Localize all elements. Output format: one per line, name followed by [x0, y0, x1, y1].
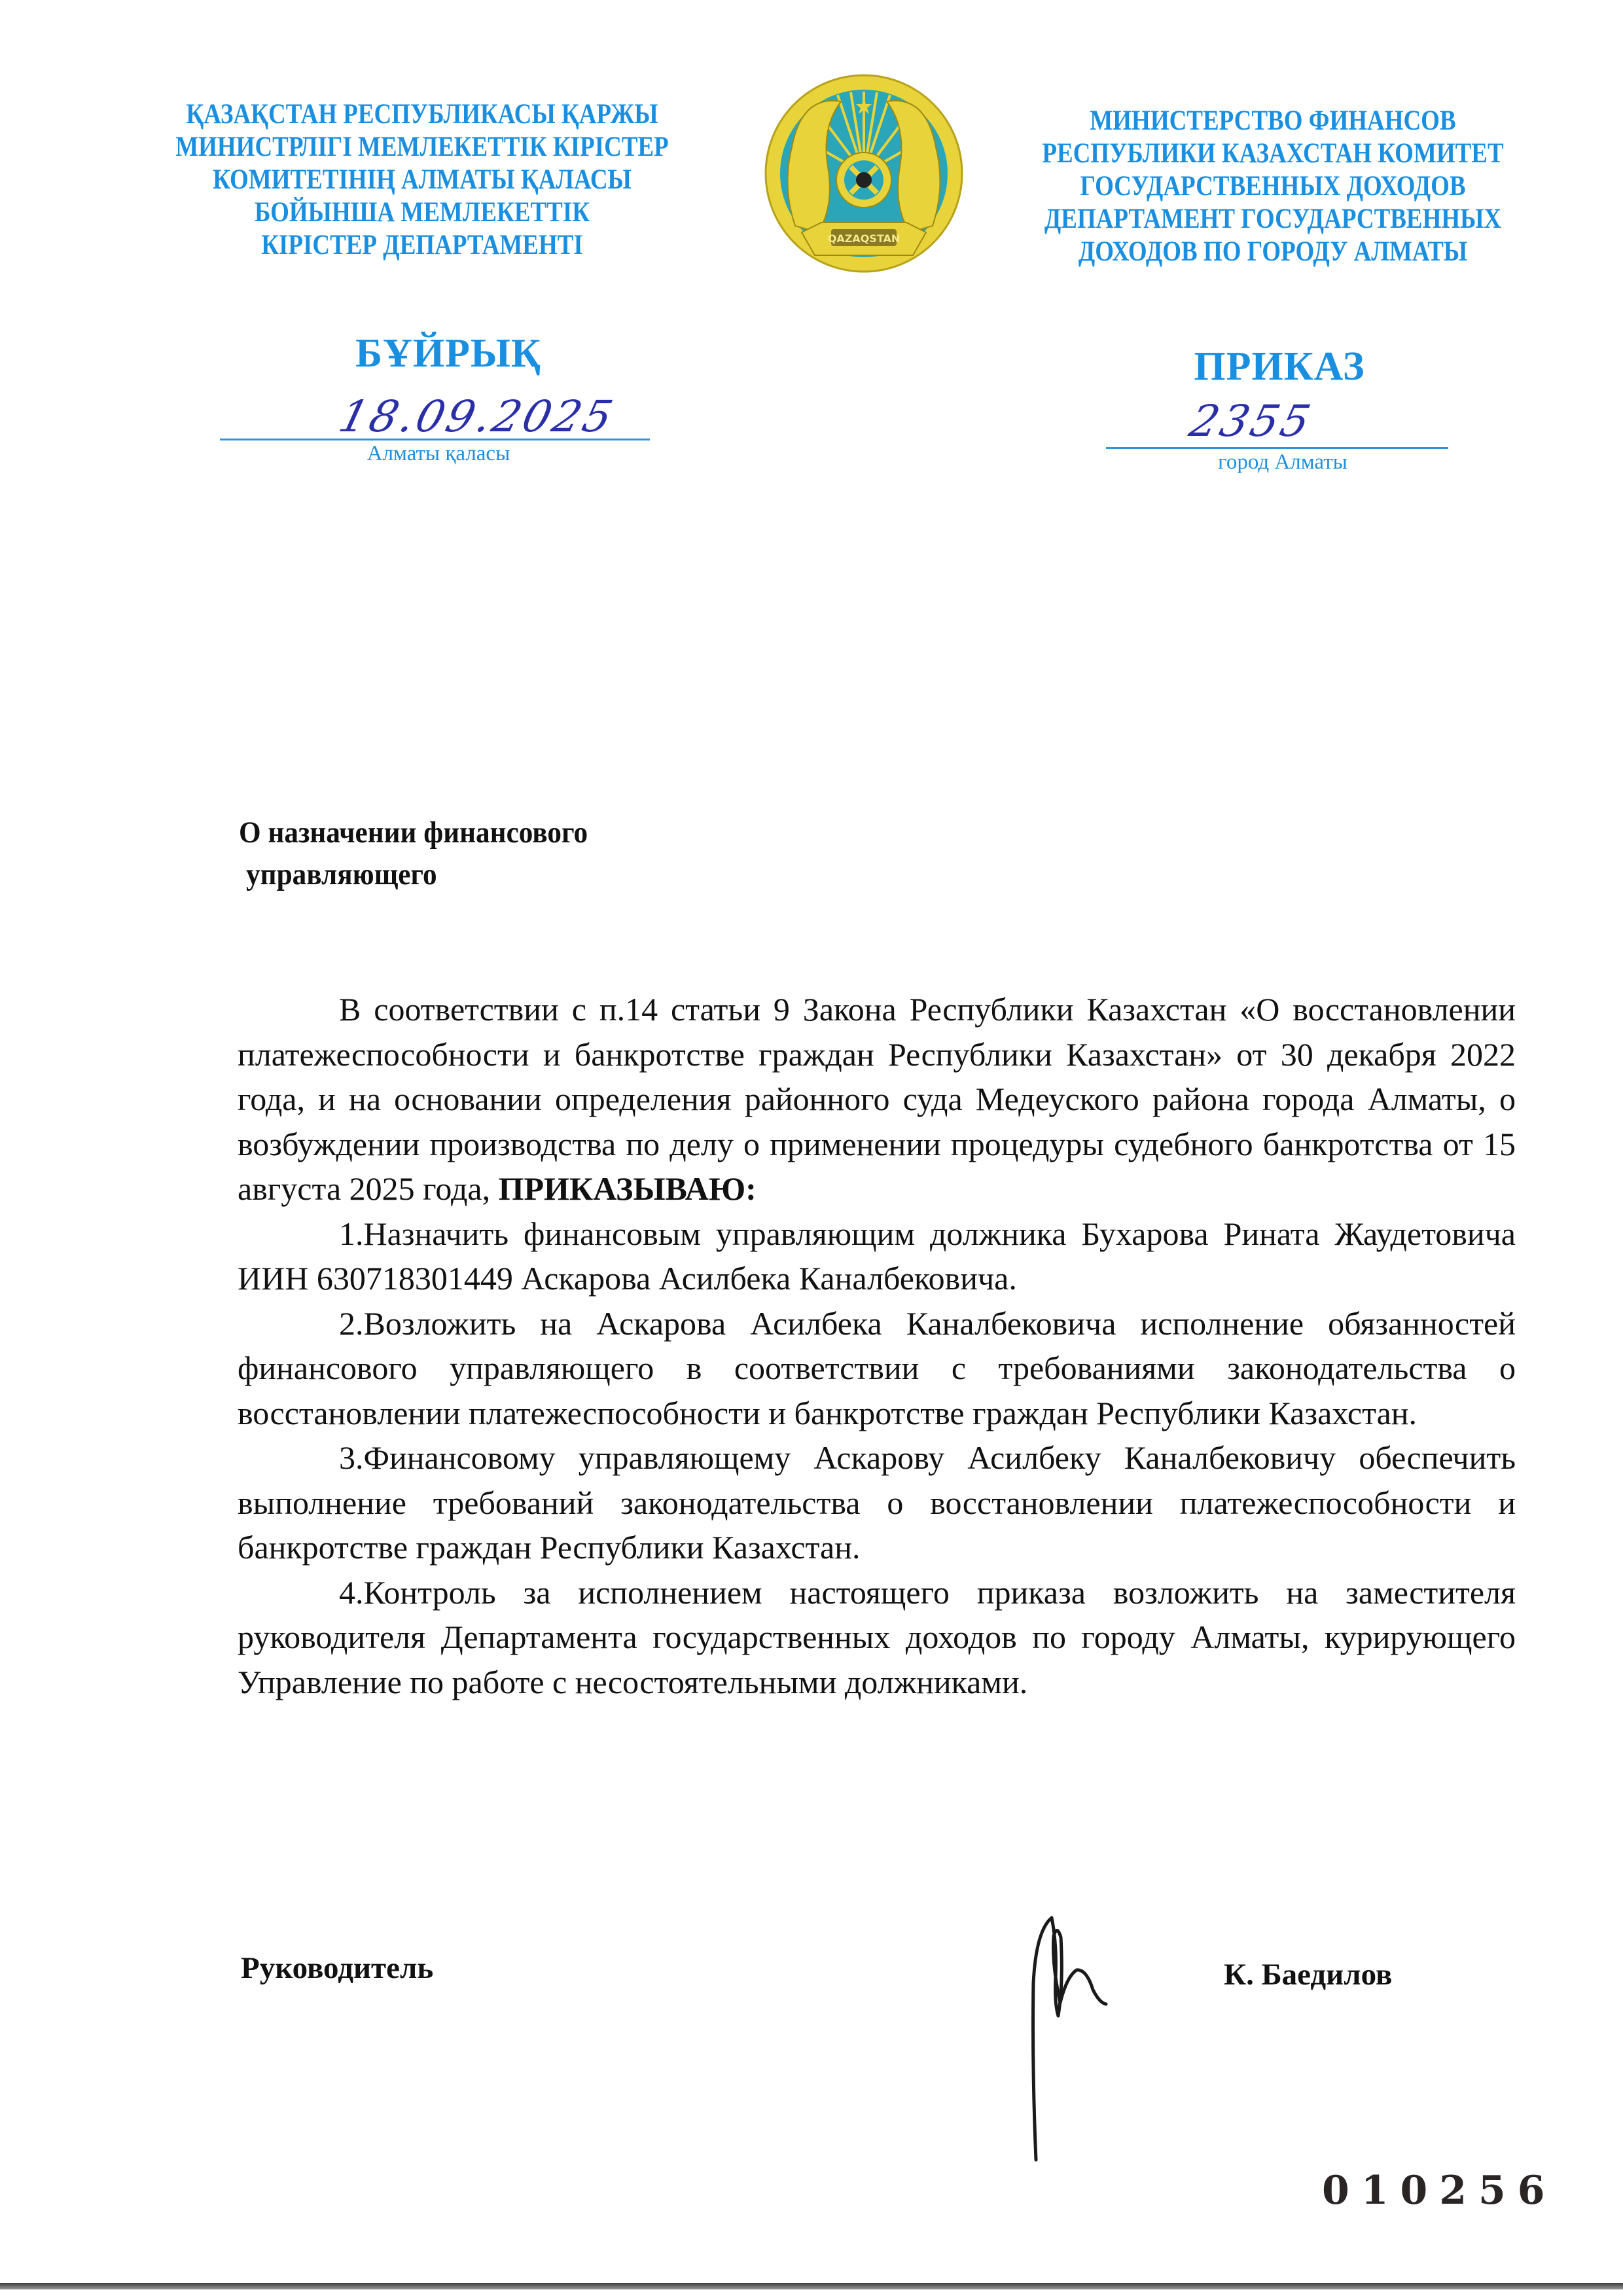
order-item: 2.Возложить на Аскарова Асилбека Каналбе… [238, 1301, 1516, 1436]
org-ru-line: ГОСУДАРСТВЕННЫХ ДОХОДОВ [1006, 170, 1541, 203]
handwritten-date: 18.09.2025 [334, 391, 620, 442]
org-kz-line: КОМИТЕТІНІҢ АЛМАТЫ ҚАЛАСЫ [155, 164, 690, 196]
subject-line: управляющего [239, 853, 588, 895]
date-underline [220, 439, 650, 440]
org-kz-line: КІРІСТЕР ДЕПАРТАМЕНТІ [155, 229, 690, 262]
org-ru-line: ДЕПАРТАМЕНТ ГОСУДАРСТВЕННЫХ [1006, 203, 1541, 236]
org-ru-line: ДОХОДОВ ПО ГОРОДУ АЛМАТЫ [1006, 236, 1541, 268]
document-subject: О назначении финансового управляющего [239, 812, 588, 895]
state-emblem-kazakhstan-icon: QAZAQSTAN [756, 69, 972, 285]
handwritten-signature-icon [1018, 1905, 1122, 2166]
order-item: 3.Финансовому управляющему Аскарову Асил… [238, 1435, 1516, 1570]
org-ru-line: РЕСПУБЛИКИ КАЗАХСТАН КОМИТЕТ [1006, 137, 1541, 170]
org-kz-line: МИНИСТРЛІГІ МЕМЛЕКЕТТІК КІРІСТЕР [155, 131, 690, 164]
order-item: 4.Контроль за исполнением настоящего при… [238, 1570, 1516, 1705]
place-kz: Алматы қаласы [308, 442, 569, 466]
doc-type-ru: ПРИКАЗ [1171, 344, 1387, 390]
signatory-title: Руководитель [241, 1950, 433, 1986]
subject-line: О назначении финансового [239, 812, 588, 853]
svg-text:QAZAQSTAN: QAZAQSTAN [828, 232, 901, 245]
preamble-paragraph: В соответствии с п.14 статьи 9 Закона Ре… [238, 987, 1516, 1211]
order-word: ПРИКАЗЫВАЮ: [499, 1170, 757, 1207]
place-ru: город Алматы [1152, 450, 1414, 475]
org-kz-line: БОЙЫНША МЕМЛЕКЕТТІК [155, 196, 690, 229]
number-underline [1106, 447, 1448, 449]
handwritten-order-number: 2355 [1185, 396, 1317, 446]
organization-name-kz: ҚАЗАҚСТАН РЕСПУБЛИКАСЫ ҚАРЖЫ МИНИСТРЛІГІ… [155, 98, 690, 262]
document-body: В соответствии с п.14 статьи 9 Закона Ре… [238, 987, 1516, 1704]
scan-bottom-edge [0, 2283, 1623, 2289]
org-kz-line: ҚАЗАҚСТАН РЕСПУБЛИКАСЫ ҚАРЖЫ [155, 98, 690, 131]
org-ru-line: МИНИСТЕРСТВО ФИНАНСОВ [1006, 105, 1541, 137]
signatory-name: К. Баедилов [1224, 1957, 1392, 1992]
doc-type-kz: БҰЙРЫҚ [340, 331, 556, 377]
preamble-text: В соответствии с п.14 статьи 9 Закона Ре… [238, 991, 1516, 1207]
organization-name-ru: МИНИСТЕРСТВО ФИНАНСОВ РЕСПУБЛИКИ КАЗАХСТ… [1006, 105, 1541, 268]
form-serial-number: 010256 [1322, 2168, 1557, 2214]
order-item: 1.Назначить финансовым управляющим должн… [238, 1211, 1516, 1301]
